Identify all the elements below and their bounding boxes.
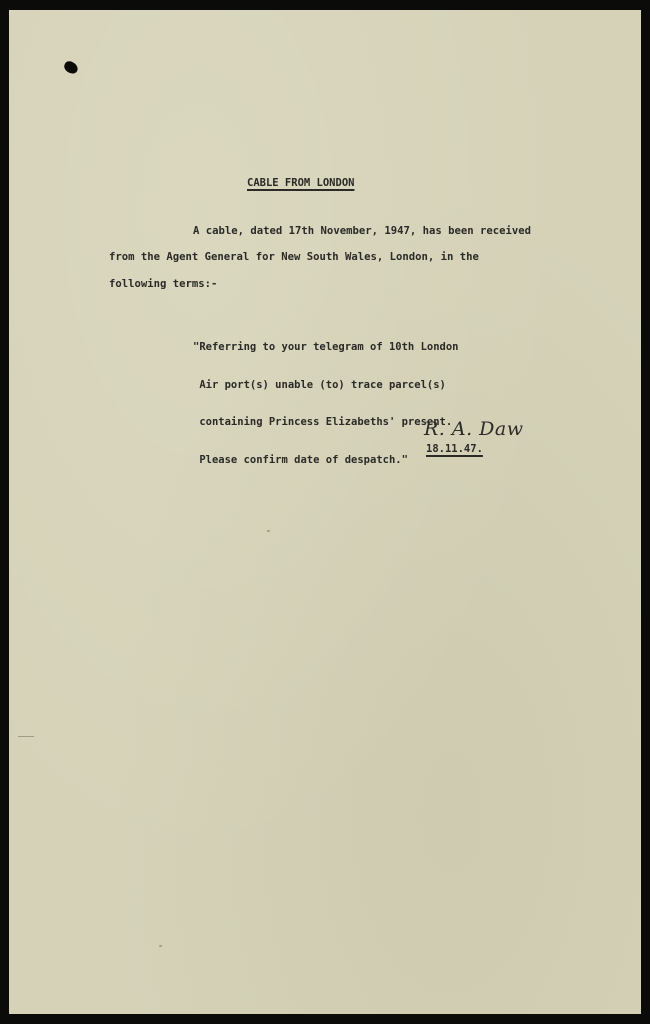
paper-speck (159, 945, 162, 947)
signature-date: 18.11.47. (426, 443, 483, 455)
body-line: from the Agent General for New South Wal… (109, 251, 479, 263)
handwritten-signature: R. A. Daw (424, 418, 524, 440)
quote-line: containing Princess Elizabeths' present. (193, 416, 459, 429)
quote-line: "Referring to your telegram of 10th Lond… (193, 341, 459, 354)
paper-sheet (9, 10, 641, 1014)
scanned-document: CABLE FROM LONDON A cable, dated 17th No… (0, 0, 650, 1024)
quote-line: Air port(s) unable (to) trace parcel(s) (193, 379, 459, 392)
paper-speck (267, 530, 270, 532)
body-line: following terms:- (109, 278, 217, 290)
punch-hole (62, 60, 79, 76)
document-title: CABLE FROM LONDON (247, 177, 354, 189)
margin-mark (18, 736, 34, 737)
quoted-cable: "Referring to your telegram of 10th Lond… (193, 316, 459, 491)
body-line: A cable, dated 17th November, 1947, has … (193, 225, 531, 237)
quote-line: Please confirm date of despatch." (193, 454, 459, 467)
